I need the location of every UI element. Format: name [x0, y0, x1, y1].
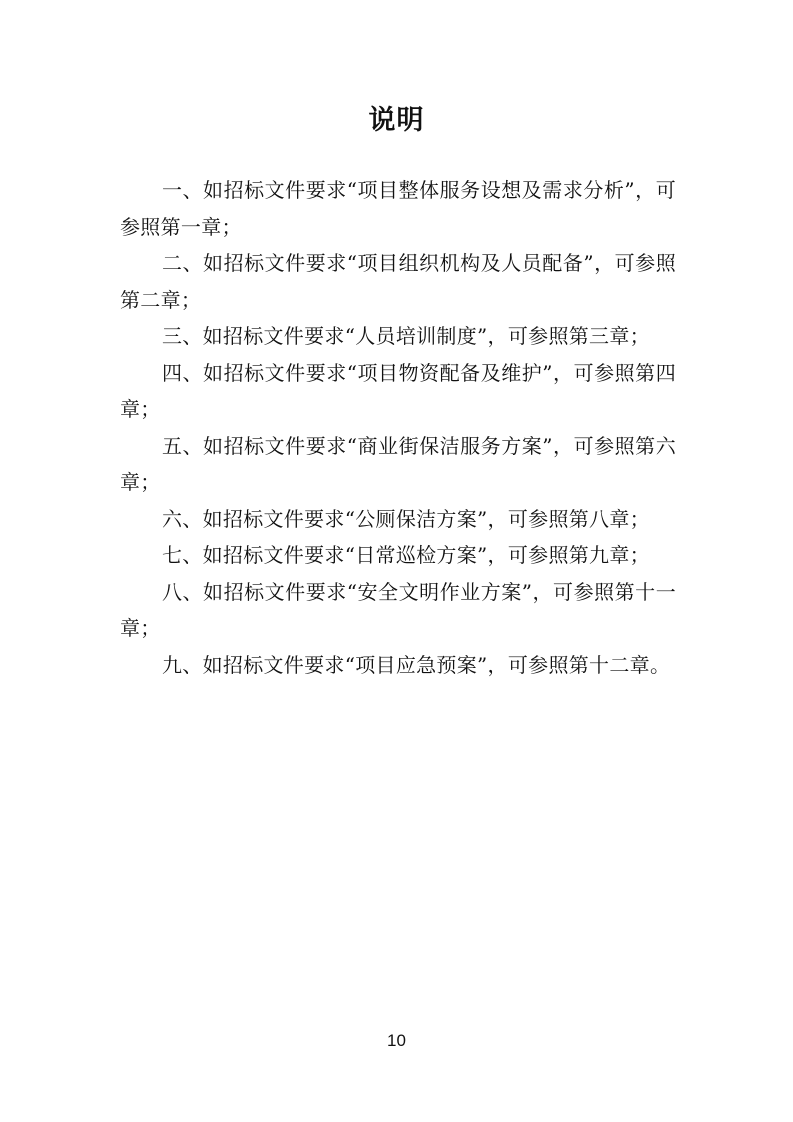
instruction-item-2: 二、如招标文件要求“项目组织机构及人员配备”，可参照第二章；	[120, 245, 676, 318]
instruction-item-1: 一、如招标文件要求“项目整体服务设想及需求分析”，可参照第一章；	[120, 172, 676, 245]
instruction-item-5: 五、如招标文件要求“商业街保洁服务方案”，可参照第六章；	[120, 428, 676, 501]
page-number: 10	[0, 1031, 793, 1051]
instruction-item-4: 四、如招标文件要求“项目物资配备及维护”，可参照第四章；	[120, 355, 676, 428]
instruction-item-7: 七、如招标文件要求“日常巡检方案”，可参照第九章；	[120, 537, 676, 574]
instruction-item-8: 八、如招标文件要求“安全文明作业方案”，可参照第十一章；	[120, 574, 676, 647]
page-title: 说明	[0, 98, 793, 137]
instruction-list: 一、如招标文件要求“项目整体服务设想及需求分析”，可参照第一章； 二、如招标文件…	[120, 172, 676, 683]
instruction-item-3: 三、如招标文件要求“人员培训制度”，可参照第三章；	[120, 318, 676, 355]
instruction-item-9: 九、如招标文件要求“项目应急预案”，可参照第十二章。	[120, 647, 676, 684]
instruction-item-6: 六、如招标文件要求“公厕保洁方案”，可参照第八章；	[120, 501, 676, 538]
